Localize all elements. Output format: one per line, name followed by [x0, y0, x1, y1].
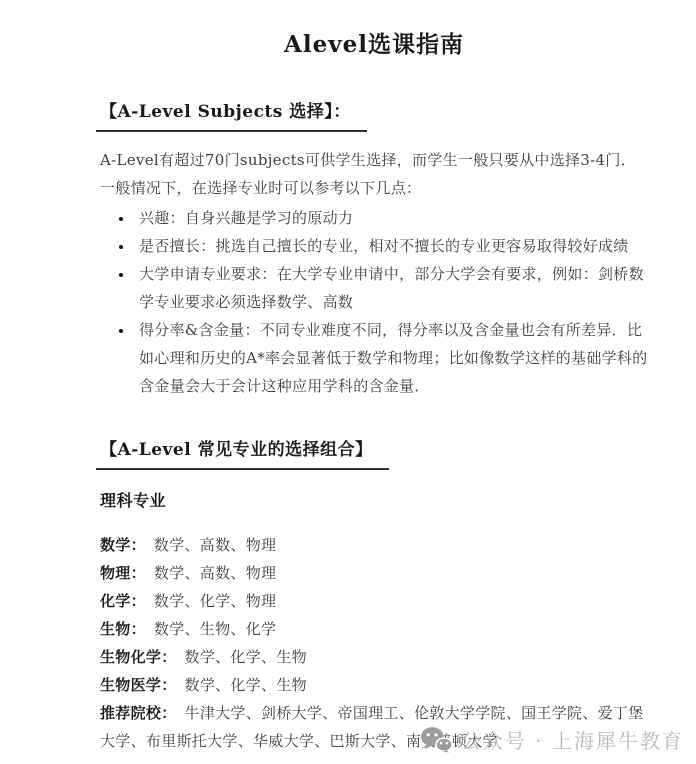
combo-label: 生物：: [100, 620, 146, 638]
subjects-bullet-list: 兴趣：自身兴趣是学习的原动力 是否擅长：挑选自己擅长的专业，相对不擅长的专业更容…: [100, 204, 648, 400]
combo-value: 数学、高数、物理: [154, 564, 276, 582]
combo-row-biomedical: 生物医学：数学、化学、生物: [100, 671, 648, 699]
combo-value: 数学、化学、生物: [185, 676, 307, 694]
combo-label: 生物医学：: [100, 676, 177, 694]
combo-row-chemistry: 化学：数学、化学、物理: [100, 587, 648, 615]
section-subjects: 【A-Level Subjects 选择】：: [100, 100, 648, 132]
combo-label: 数学：: [100, 536, 146, 554]
page-title: Alevel选课指南: [100, 28, 648, 62]
combo-label: 推荐院校：: [100, 704, 177, 722]
combo-value: 数学、化学、物理: [154, 592, 276, 610]
bullet-score-rate: 得分率&含金量：不同专业难度不同，得分率以及含金量也会有所差异．比如心理和历史的…: [134, 316, 648, 400]
combo-label: 生物化学：: [100, 648, 177, 666]
combo-value: 牛津大学、剑桥大学、帝国理工、伦敦大学学院、国王学院、爱丁堡大学、布里斯托大学、…: [100, 704, 644, 750]
combo-row-physics: 物理：数学、高数、物理: [100, 559, 648, 587]
combo-value: 数学、生物、化学: [154, 620, 276, 638]
combo-value: 数学、化学、生物: [185, 648, 307, 666]
subjects-intro-paragraph: A-Level有超过70门subjects可供学生选择，而学生一般只要从中选择3…: [100, 146, 648, 202]
combo-row-biology: 生物：数学、生物、化学: [100, 615, 648, 643]
combo-list: 数学：数学、高数、物理 物理：数学、高数、物理 化学：数学、化学、物理 生物：数…: [100, 531, 648, 755]
document-page: Alevel选课指南 【A-Level Subjects 选择】： A-Leve…: [0, 0, 696, 755]
combo-row-biochemistry: 生物化学：数学、化学、生物: [100, 643, 648, 671]
combo-value: 数学、高数、物理: [154, 536, 276, 554]
combo-label: 化学：: [100, 592, 146, 610]
science-majors-subheading: 理科专业: [100, 490, 648, 512]
section-combinations-heading: 【A-Level 常见专业的选择组合】: [96, 438, 389, 470]
combo-label: 物理：: [100, 564, 146, 582]
bullet-strength: 是否擅长：挑选自己擅长的专业，相对不擅长的专业更容易取得较好成绩: [134, 232, 648, 260]
bullet-university-requirements: 大学申请专业要求：在大学专业申请中，部分大学会有要求，例如：剑桥数学专业要求必须…: [134, 260, 648, 316]
combo-row-math: 数学：数学、高数、物理: [100, 531, 648, 559]
section-combinations: 【A-Level 常见专业的选择组合】: [100, 438, 648, 470]
section-subjects-heading: 【A-Level Subjects 选择】：: [96, 100, 367, 132]
combo-row-recommended-universities: 推荐院校：牛津大学、剑桥大学、帝国理工、伦敦大学学院、国王学院、爱丁堡大学、布里…: [100, 699, 648, 755]
bullet-interest: 兴趣：自身兴趣是学习的原动力: [134, 204, 648, 232]
